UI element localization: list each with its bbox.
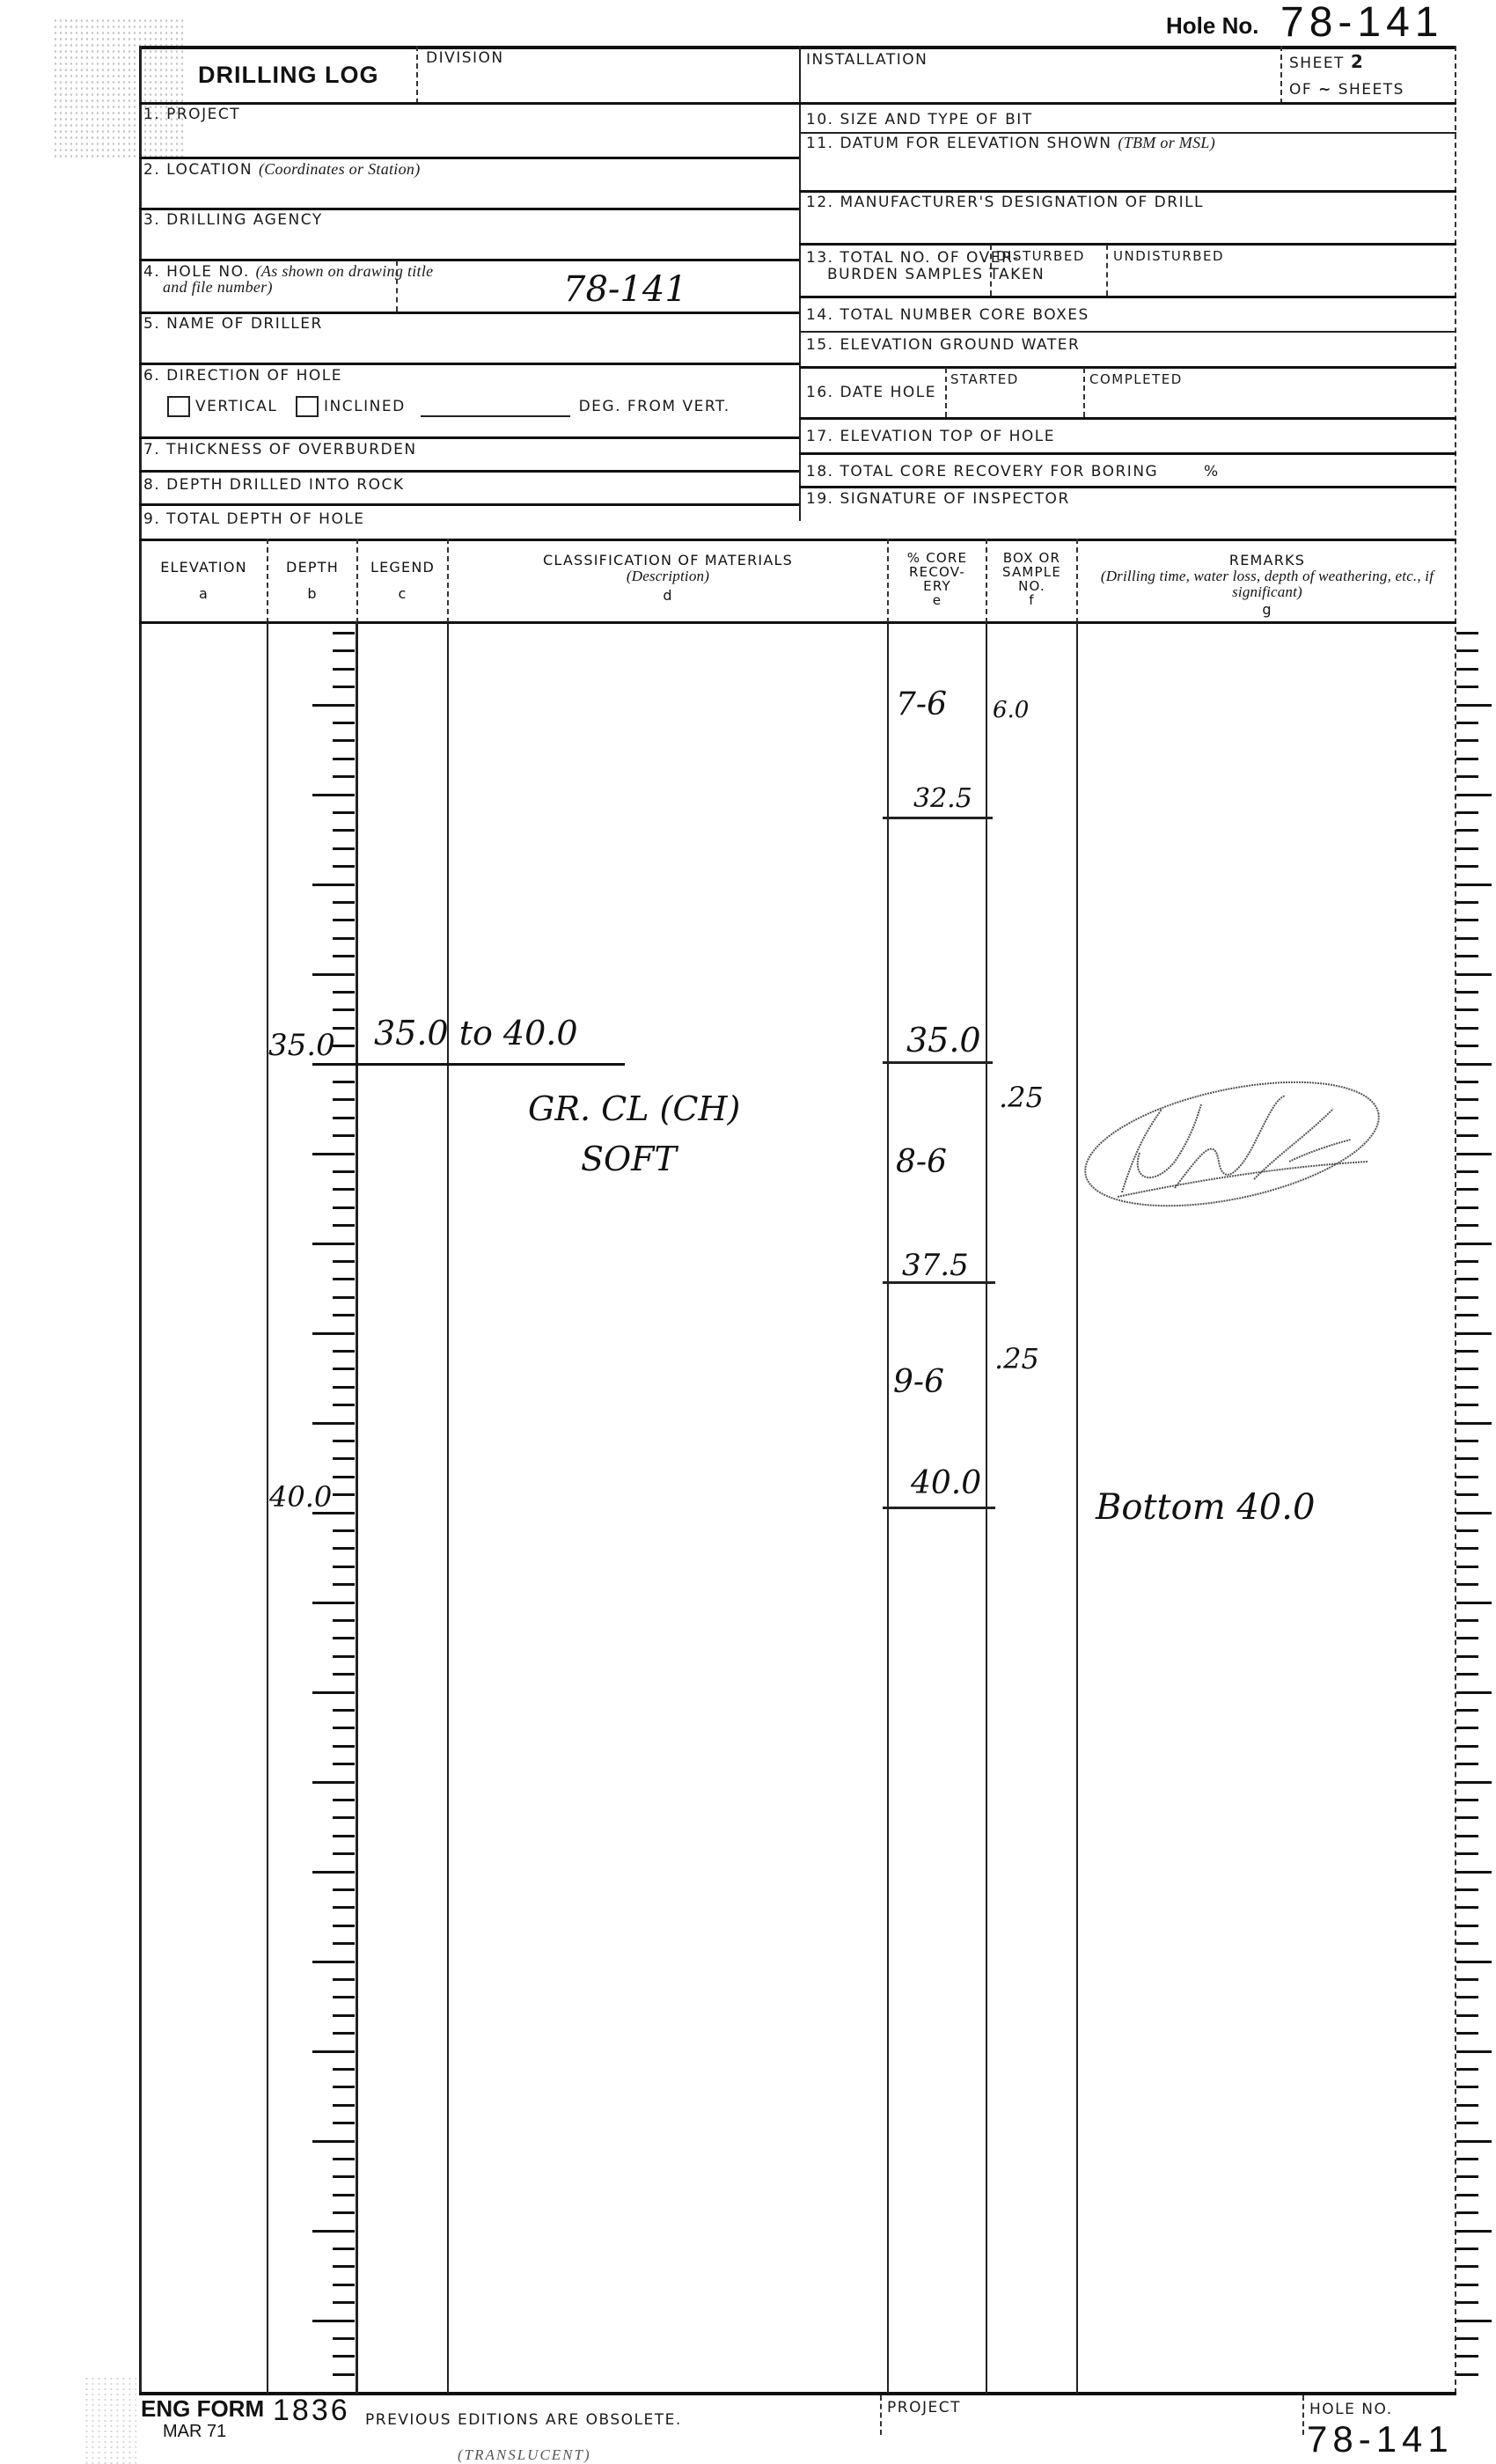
divider: [416, 46, 418, 104]
ruler-tick: [1456, 2158, 1478, 2160]
ruler-tick: [1456, 704, 1492, 707]
ruler-tick: [312, 2230, 355, 2233]
ruler-tick: [1456, 722, 1478, 724]
ruler-tick: [1456, 1566, 1478, 1568]
vertical-checkbox[interactable]: [167, 396, 190, 417]
ruler-tick: [1456, 847, 1478, 850]
disturbed-label: DISTURBED: [996, 248, 1085, 264]
ruler-tick: [333, 2265, 355, 2268]
ruler-tick: [333, 2355, 355, 2358]
field-datum: 11. DATUM FOR ELEVATION SHOWN (TBM or MS…: [806, 134, 1215, 152]
ruler-tick: [1456, 2284, 1478, 2286]
center-divider: [799, 46, 801, 521]
field-overburden: 7. THICKNESS OF OVERBURDEN: [143, 441, 417, 458]
ruler-tick: [1456, 865, 1478, 868]
run-divider: [883, 1061, 993, 1064]
ruler-tick: [333, 1386, 355, 1389]
ruler-tick: [333, 1206, 355, 1209]
ruler-tick: [1456, 2301, 1478, 2304]
rule: [139, 436, 799, 439]
footer-obsolete-note: PREVIOUS EDITIONS ARE OBSOLETE.: [365, 2411, 682, 2429]
ruler-tick: [333, 2248, 355, 2250]
ruler-tick: [333, 1727, 355, 1729]
form-top-border: [139, 46, 1456, 49]
ruler-tick: [333, 1008, 355, 1011]
field-ground-water: 15. ELEVATION GROUND WATER: [806, 336, 1080, 354]
ruler-tick: [1456, 1925, 1478, 1927]
ruler-tick: [333, 2104, 355, 2107]
ruler-tick: [1456, 1134, 1478, 1137]
ruler-tick: [1456, 632, 1478, 634]
ruler-tick: [333, 1476, 355, 1478]
ruler-tick: [333, 775, 355, 778]
ruler-tick: [1456, 2248, 1478, 2250]
col-header-depth: DEPTHb: [268, 560, 356, 602]
ruler-tick: [1456, 919, 1478, 921]
ruler-tick: [333, 1942, 355, 1945]
footer-hole-no-label: HOLE NO.: [1309, 2401, 1393, 2418]
rule: [799, 331, 1456, 333]
ruler-tick: [1456, 991, 1478, 994]
ruler-tick: [1456, 1996, 1478, 1998]
ruler-tick: [333, 2337, 355, 2340]
ruler-tick: [333, 1906, 355, 1909]
ruler-tick: [1456, 1368, 1478, 1370]
depth-35: 35.0: [906, 1021, 981, 1060]
ruler-tick: [1456, 2265, 1478, 2268]
ruler-tick: [333, 1583, 355, 1586]
ruler-tick: [1456, 1117, 1478, 1119]
ruler-tick: [333, 2068, 355, 2071]
ruler-tick: [333, 1081, 355, 1083]
ruler-tick: [1456, 1637, 1478, 1639]
rule: [799, 190, 1456, 193]
ruler-tick: [1456, 794, 1492, 796]
ruler-tick: [1456, 1098, 1478, 1101]
installation-label: INSTALLATION: [806, 51, 928, 69]
ruler-tick: [1456, 1206, 1478, 1209]
divider: [1083, 368, 1085, 417]
ruler-tick: [1456, 811, 1478, 814]
ruler-tick: [1456, 2337, 1478, 2340]
ruler-tick: [1456, 1691, 1492, 1694]
footer-project-label: PROJECT: [887, 2399, 961, 2416]
ruler-tick: [1456, 1170, 1478, 1173]
col-header-legend: LEGENDc: [358, 560, 447, 602]
divider: [1280, 46, 1282, 104]
ruler-tick: [333, 1745, 355, 1748]
field-overburden-samples-2: BURDEN SAMPLES TAKEN: [827, 266, 1045, 283]
ruler-tick: [1456, 2104, 1478, 2107]
ruler-tick: [312, 1781, 355, 1784]
ruler-tick: [1456, 1673, 1478, 1676]
ruler-tick: [1456, 1081, 1478, 1083]
description-line1: GR. CL (CH): [528, 1089, 740, 1128]
ruler-tick: [1456, 1027, 1478, 1030]
ruler-tick: [1456, 1386, 1478, 1389]
field-drilling-agency: 3. DRILLING AGENCY: [143, 211, 323, 229]
ruler-tick: [1456, 1404, 1478, 1406]
run-divider: [883, 1281, 995, 1284]
ruler-tick: [333, 1493, 355, 1496]
rule: [799, 243, 1456, 246]
ruler-tick: [333, 1170, 355, 1173]
elevation-40: 40.0: [269, 1480, 332, 1514]
ruler-tick: [333, 1978, 355, 1981]
ruler-tick: [333, 1637, 355, 1639]
ruler-tick: [333, 1996, 355, 1998]
ruler-tick: [1456, 2373, 1478, 2376]
ruler-tick: [312, 1422, 355, 1425]
ruler-tick: [333, 668, 355, 671]
rule: [139, 621, 1456, 624]
ruler-tick: [333, 2086, 355, 2088]
interval-underline: [348, 1063, 625, 1066]
ruler-tick: [333, 2194, 355, 2196]
ruler-tick: [333, 2301, 355, 2304]
ruler-tick: [1456, 1978, 1478, 1981]
ruler-tick: [1456, 1799, 1478, 1801]
ruler-tick: [333, 1278, 355, 1280]
hole-no-label: Hole No.: [1166, 12, 1258, 40]
rule: [139, 312, 799, 314]
divider: [880, 2395, 882, 2435]
ruler-tick: [333, 1098, 355, 1101]
ruler-tick: [1456, 2175, 1478, 2178]
direction-options: VERTICAL INCLINED DEG. FROM VERT.: [167, 396, 730, 417]
ruler-tick: [1456, 686, 1478, 688]
ruler-tick: [1456, 1835, 1478, 1837]
ruler-tick: [1456, 1440, 1478, 1442]
hole-no-value: 78-141: [1280, 0, 1443, 47]
rule: [139, 259, 799, 261]
run-divider: [883, 1507, 995, 1509]
ruler-tick: [333, 1799, 355, 1801]
ruler-tick: [333, 901, 355, 904]
ruler-tick: [333, 1027, 355, 1030]
form-right-border: [1455, 46, 1456, 2394]
ruler-tick: [312, 973, 355, 976]
ruler-tick: [333, 811, 355, 814]
started-label: STARTED: [950, 371, 1019, 387]
rule: [799, 486, 1456, 488]
ruler-tick: [333, 1404, 355, 1406]
ruler-tick: [333, 991, 355, 994]
ruler-tick: [1456, 2122, 1478, 2124]
ruler-tick: [333, 1763, 355, 1765]
ruler-tick: [1456, 758, 1478, 760]
field-location: 2. LOCATION (Coordinates or Station): [143, 160, 421, 179]
rule: [139, 503, 799, 506]
run1-recovery: 7-6: [896, 686, 947, 722]
ruler-tick: [1456, 2320, 1492, 2322]
rule: [799, 452, 1456, 455]
ruler-tick: [312, 2140, 355, 2143]
ruler-tick: [333, 955, 355, 957]
field-drill-designation: 12. MANUFACTURER'S DESIGNATION OF DRILL: [806, 194, 1204, 211]
ruler-tick: [1456, 668, 1478, 671]
run1-depth: 32.5: [913, 783, 972, 814]
ruler-tick: [1456, 2211, 1478, 2214]
ruler-tick: [1456, 955, 1478, 957]
col-header-sample-no: BOX ORSAMPLENO.f: [987, 551, 1076, 607]
ruler-tick: [1456, 1188, 1478, 1191]
ruler-tick: [333, 758, 355, 760]
ruler-tick: [1456, 1763, 1478, 1765]
ruler-tick: [1456, 649, 1478, 652]
ruler-tick: [1456, 1655, 1478, 1658]
inspector-signature: [1069, 1056, 1404, 1232]
ruler-tick: [333, 2373, 355, 2376]
scan-noise: [84, 2376, 136, 2464]
ruler-tick: [312, 1871, 355, 1874]
ruler-tick: [1456, 2140, 1492, 2143]
remark-bottom: Bottom 40.0: [1096, 1487, 1315, 1528]
ruler-tick: [1456, 2050, 1492, 2053]
depth-40: 40.0: [911, 1465, 981, 1501]
ruler-tick: [1456, 1619, 1478, 1622]
run1-sample: 6.0: [993, 697, 1029, 723]
field-driller: 5. NAME OF DRILLER: [143, 315, 323, 333]
ruler-tick: [333, 2158, 355, 2160]
interval-label: 35.0 to 40.0: [374, 1014, 578, 1052]
ruler-tick: [333, 2284, 355, 2286]
ruler-tick: [1456, 1583, 1478, 1586]
ruler-tick: [333, 1547, 355, 1550]
ruler-tick: [333, 829, 355, 832]
ruler-tick: [333, 1224, 355, 1227]
footer-translucent-note: (TRANSLUCENT): [458, 2446, 591, 2464]
ruler-tick: [1456, 1457, 1478, 1460]
ruler-tick: [333, 2032, 355, 2035]
field-project: 1. PROJECT: [143, 106, 240, 123]
ruler-tick: [333, 2211, 355, 2214]
ruler-tick: [1456, 1781, 1492, 1784]
of-sheets-label: OF ~ SHEETS: [1289, 81, 1404, 99]
ruler-tick: [1456, 1816, 1478, 1819]
ruler-tick: [312, 704, 355, 707]
ruler-tick: [1456, 884, 1492, 886]
description-line2: SOFT: [581, 1140, 677, 1178]
ruler-tick: [1456, 2086, 1478, 2088]
field-direction: 6. DIRECTION OF HOLE: [143, 367, 342, 385]
ruler-tick: [1456, 1602, 1492, 1604]
field-bit: 10. SIZE AND TYPE OF BIT: [806, 111, 1033, 128]
form-title: DRILLING LOG: [198, 62, 378, 89]
ruler-tick: [1456, 2032, 1478, 2035]
hole-no-entry: 78-141: [563, 269, 687, 310]
ruler-tick: [1456, 1332, 1492, 1335]
sheet-label: SHEET 2: [1289, 51, 1364, 72]
col-header-elevation: ELEVATIONa: [141, 560, 267, 602]
field-core-recovery: 18. TOTAL CORE RECOVERY FOR BORING: [806, 463, 1158, 480]
ruler-tick: [1456, 973, 1492, 976]
ruler-tick: [1456, 1727, 1478, 1729]
ruler-tick: [1456, 1260, 1478, 1263]
field-date-hole: 16. DATE HOLE: [806, 384, 936, 401]
ruler-tick: [1456, 1153, 1492, 1155]
undisturbed-label: UNDISTURBED: [1113, 248, 1224, 264]
ruler-tick: [1456, 1243, 1492, 1245]
ruler-tick: [1456, 1852, 1478, 1855]
ruler-tick: [1456, 1314, 1478, 1316]
ruler-tick: [333, 1045, 355, 1047]
col-line: [267, 621, 268, 2394]
ruler-tick: [1456, 1493, 1478, 1496]
ruler-tick: [312, 1153, 355, 1155]
inclined-checkbox[interactable]: [296, 396, 319, 417]
ruler-tick: [333, 722, 355, 724]
divider: [990, 245, 992, 296]
divider: [396, 260, 398, 312]
form-left-border: [139, 46, 142, 2394]
ruler-tick: [1456, 1871, 1492, 1874]
ruler-tick: [333, 1117, 355, 1119]
depth-37-5: 37.5: [902, 1248, 969, 1283]
ruler-tick: [333, 632, 355, 634]
ruler-tick: [333, 937, 355, 940]
ruler-tick: [312, 1961, 355, 1963]
ruler-tick: [1456, 1547, 1478, 1550]
divider: [1106, 245, 1108, 296]
ruler-tick: [1456, 1942, 1478, 1945]
footer-form-number: 1836: [273, 2394, 350, 2428]
ruler-tick: [333, 1529, 355, 1532]
ruler-tick: [1456, 1709, 1478, 1712]
rule: [139, 470, 799, 473]
run2-sample: .25: [999, 1081, 1044, 1114]
ruler-tick: [1456, 1296, 1478, 1299]
ruler-tick: [333, 1260, 355, 1263]
ruler-tick: [1456, 1224, 1478, 1227]
ruler-tick: [1456, 1422, 1492, 1425]
sheet-number: 2: [1351, 51, 1364, 72]
field-depth-rock: 8. DEPTH DRILLED INTO ROCK: [143, 476, 404, 494]
ruler-tick: [312, 1332, 355, 1335]
divider: [945, 368, 947, 417]
ruler-tick: [1456, 1045, 1478, 1047]
ruler-tick: [1456, 937, 1478, 940]
ruler-tick: [1456, 1278, 1478, 1280]
ruler-tick: [1456, 1063, 1492, 1066]
ruler-tick: [1456, 1888, 1478, 1891]
run3-recovery: 9-6: [893, 1364, 944, 1400]
ruler-tick: [333, 1888, 355, 1891]
ruler-tick: [1456, 739, 1478, 742]
ruler-tick: [1456, 1476, 1478, 1478]
ruler-tick: [333, 1816, 355, 1819]
ruler-tick: [333, 2014, 355, 2017]
ruler-tick: [333, 649, 355, 652]
ruler-tick: [312, 1243, 355, 1245]
field-total-depth: 9. TOTAL DEPTH OF HOLE: [143, 510, 365, 528]
ruler-tick: [312, 884, 355, 886]
ruler-tick: [1456, 1529, 1478, 1532]
field-elevation-top: 17. ELEVATION TOP OF HOLE: [806, 428, 1055, 445]
ruler-tick: [1456, 2230, 1492, 2233]
ruler-tick: [333, 2122, 355, 2124]
ruler-tick: [333, 1188, 355, 1191]
elevation-35: 35.0: [268, 1028, 335, 1063]
rule: [799, 417, 1456, 420]
run2-recovery: 8-6: [896, 1144, 947, 1180]
ruler-tick: [333, 1709, 355, 1712]
ruler-tick: [312, 2320, 355, 2322]
ruler-tick: [333, 1566, 355, 1568]
ruler-tick: [333, 1134, 355, 1137]
ruler-tick: [1456, 2355, 1478, 2358]
ruler-tick: [1456, 1961, 1492, 1963]
field-inspector-signature: 19. SIGNATURE OF INSPECTOR: [806, 490, 1070, 508]
ruler-tick: [1456, 1512, 1492, 1514]
ruler-tick: [1456, 1350, 1478, 1353]
ruler-tick: [333, 1925, 355, 1927]
rule: [139, 102, 1456, 105]
col-line: [447, 621, 449, 2394]
field-hole-no-note: and file number): [163, 278, 273, 297]
ruler-tick: [333, 1350, 355, 1353]
rule: [799, 296, 1456, 298]
ruler-tick: [333, 1440, 355, 1442]
division-label: DIVISION: [426, 49, 504, 67]
completed-label: COMPLETED: [1089, 371, 1183, 387]
ruler-tick: [333, 1314, 355, 1316]
rule: [139, 157, 799, 159]
percent-unit: %: [1204, 463, 1220, 480]
ruler-tick: [1456, 2014, 1478, 2017]
divider: [1302, 2395, 1304, 2435]
ruler-tick: [333, 1835, 355, 1837]
ruler-tick: [1456, 1008, 1478, 1011]
rule: [139, 363, 799, 365]
ruler-tick: [333, 1852, 355, 1855]
rule: [139, 539, 1456, 541]
col-line: [356, 621, 358, 2394]
col-header-classification: CLASSIFICATION OF MATERIALS(Description)…: [449, 553, 887, 604]
ruler-tick: [1456, 901, 1478, 904]
ruler-tick: [1456, 829, 1478, 832]
ruler-tick: [333, 1457, 355, 1460]
ruler-tick: [333, 865, 355, 868]
ruler-tick: [333, 739, 355, 742]
ruler-tick: [1456, 2068, 1478, 2071]
ruler-tick: [333, 2175, 355, 2178]
ruler-tick: [333, 1619, 355, 1622]
ruler-tick: [312, 794, 355, 796]
degree-input[interactable]: [421, 398, 570, 417]
col-header-core-recovery: % CORERECOV-ERYe: [889, 551, 986, 607]
ruler-tick: [312, 1691, 355, 1694]
col-header-remarks: REMARKS(Drilling time, water loss, depth…: [1078, 553, 1456, 618]
ruler-tick: [333, 1655, 355, 1658]
footer-form-name: ENG FORM: [141, 2395, 264, 2423]
ruler-tick: [1456, 1745, 1478, 1748]
run-divider: [883, 817, 993, 819]
ruler-tick: [333, 686, 355, 688]
ruler-tick: [333, 1296, 355, 1299]
ruler-tick: [333, 1673, 355, 1676]
ruler-tick: [1456, 775, 1478, 778]
footer-form-date: MAR 71: [163, 2422, 226, 2442]
ruler-tick: [312, 1602, 355, 1604]
field-overburden-samples: 13. TOTAL NO. OF OVER-: [806, 249, 1019, 267]
run3-sample: .25: [994, 1342, 1039, 1375]
ruler-tick: [333, 919, 355, 921]
ruler-tick: [312, 2050, 355, 2053]
col-line: [1076, 621, 1078, 2394]
footer-hole-no-value: 78-141: [1307, 2418, 1454, 2460]
rule: [799, 366, 1456, 369]
